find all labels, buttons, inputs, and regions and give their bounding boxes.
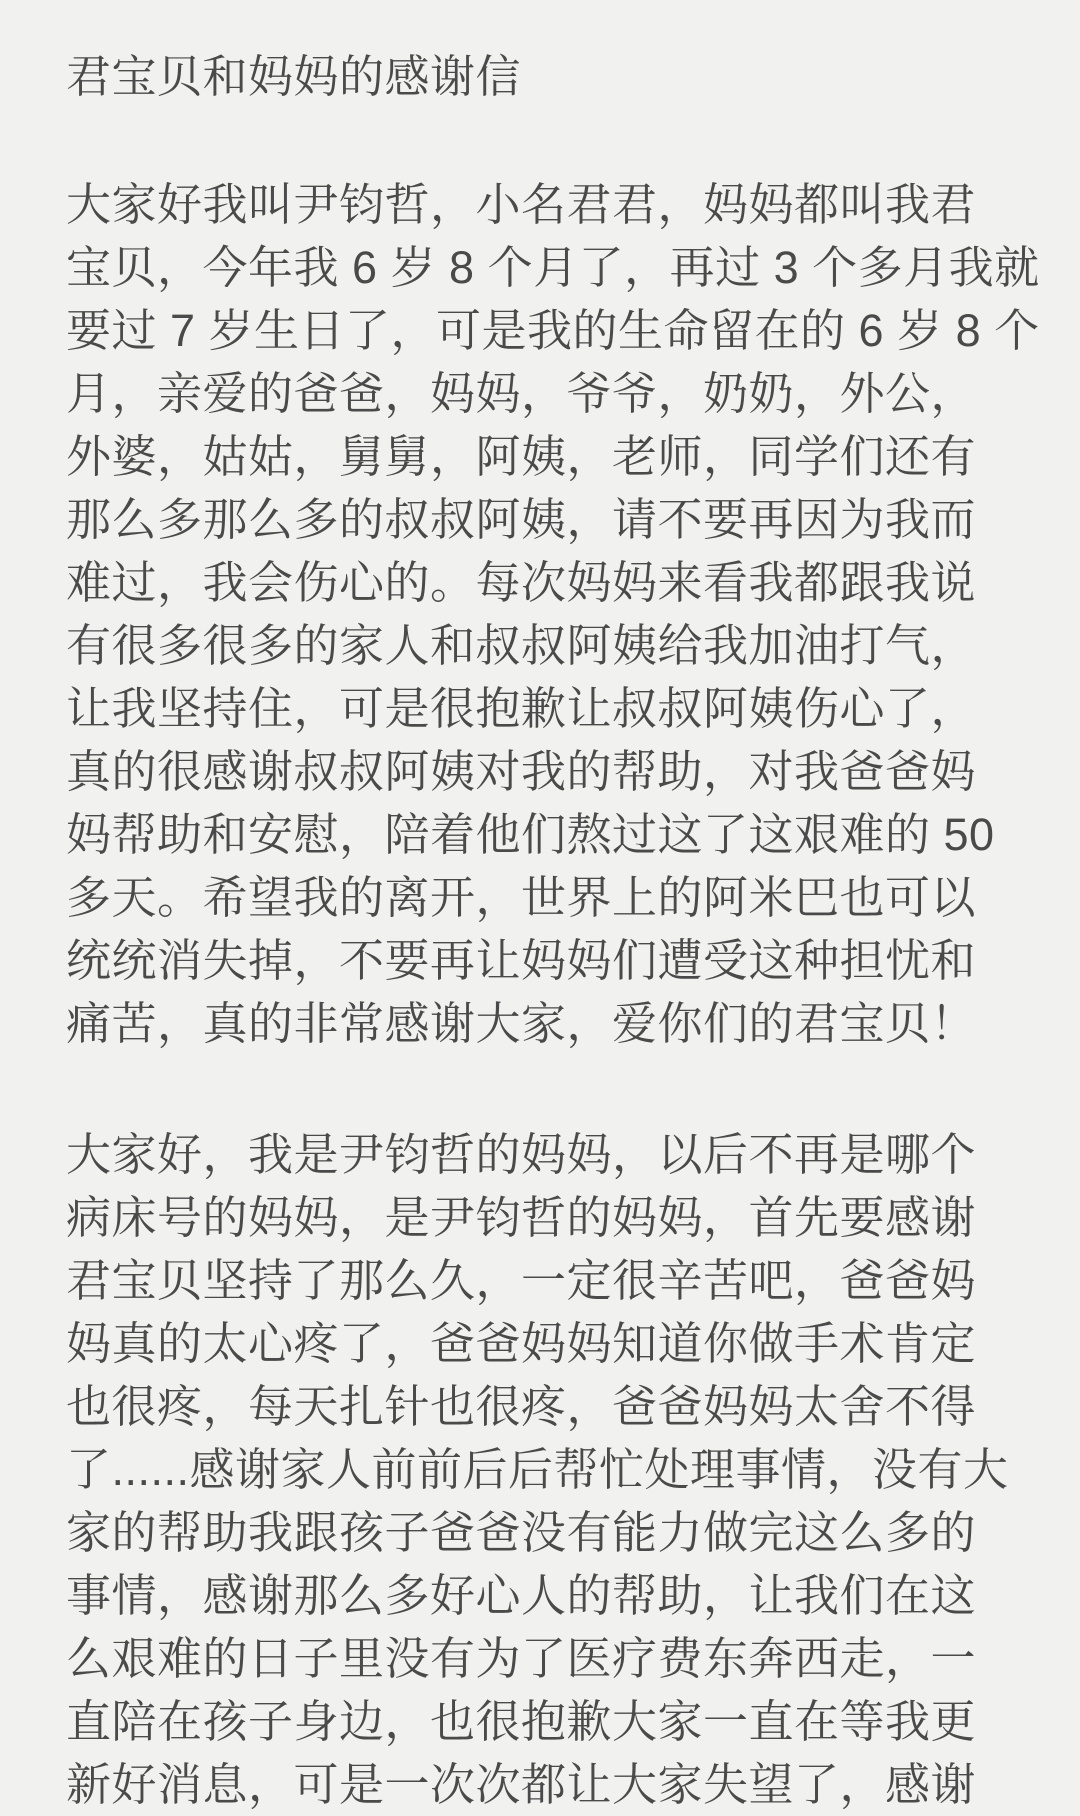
letter-paragraph-child: 大家好我叫尹钧哲，小名君君，妈妈都叫我君 宝贝，今年我 6 岁 8 个月了，再过… <box>66 173 1014 1055</box>
letter-page: 君宝贝和妈妈的感谢信 大家好我叫尹钧哲，小名君君，妈妈都叫我君 宝贝，今年我 6… <box>0 0 1080 1816</box>
letter-paragraph-mother: 大家好，我是尹钧哲的妈妈，以后不再是哪个 病床号的妈妈，是尹钧哲的妈妈，首先要感… <box>66 1123 1014 1816</box>
letter-title: 君宝贝和妈妈的感谢信 <box>66 45 1014 108</box>
